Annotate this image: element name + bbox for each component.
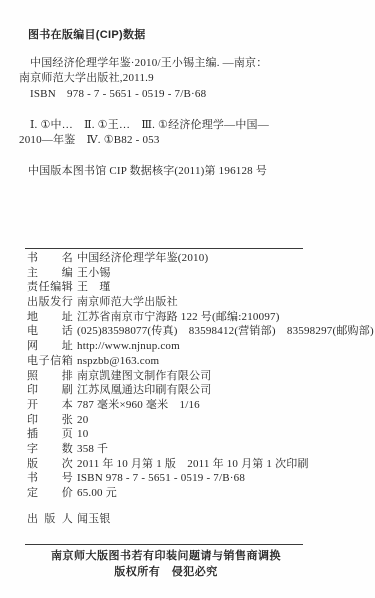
colophon-value: 南京师范大学出版社 (77, 296, 178, 308)
colophon-label: 书号 (27, 471, 73, 486)
colophon-label: 书名 (27, 251, 73, 266)
colophon-value: 江苏省南京市宁海路 122 号(邮编:210097) (77, 311, 280, 323)
colophon-row-edition: 版次2011 年 10 月第 1 版 2011 年 10 月第 1 次印刷 (27, 457, 374, 472)
colophon-value: 2011 年 10 月第 1 版 2011 年 10 月第 1 次印刷 (77, 458, 309, 470)
colophon-label: 出版发行 (27, 295, 73, 310)
colophon-label: 印张 (27, 413, 73, 428)
colophon-label: 插页 (27, 427, 73, 442)
colophon-row-typesetting: 照排南京凯建图文制作有限公司 (27, 369, 374, 384)
colophon-label: 电话 (27, 324, 73, 339)
colophon-row-sheets: 印张20 (27, 413, 374, 428)
colophon-row-inserts: 插页10 (27, 427, 374, 442)
colophon-label: 网址 (27, 339, 73, 354)
copyright-notice: 版权所有 侵犯必究 (0, 563, 332, 579)
divider-bottom (25, 544, 303, 545)
colophon-value: 65.00 元 (77, 487, 117, 499)
colophon-value: 10 (77, 428, 88, 440)
colophon-value: 南京凯建图文制作有限公司 (77, 370, 211, 382)
colophon-label: 版次 (27, 457, 73, 472)
colophon-value: 王 瑾 (77, 281, 111, 293)
colophon-value: 中国经济伦理学年鉴(2010) (77, 252, 208, 264)
colophon-value: ISBN 978 - 7 - 5651 - 0519 - 7/B·68 (77, 472, 245, 484)
colophon-row-isbn: 书号ISBN 978 - 7 - 5651 - 0519 - 7/B·68 (27, 471, 374, 486)
publisher-person-label: 出版人 (27, 510, 73, 526)
colophon-value: http://www.njnup.com (77, 340, 180, 352)
colophon-row-responsible-editor: 责任编辑王 瑾 (27, 280, 374, 295)
colophon-label: 主编 (27, 266, 73, 281)
colophon-label: 开本 (27, 398, 73, 413)
colophon-row-title: 书名中国经济伦理学年鉴(2010) (27, 251, 374, 266)
colophon-value: (025)83598077(传真) 83598412(营销部) 83598297… (77, 325, 374, 337)
colophon-label: 定价 (27, 486, 73, 501)
colophon-row-website: 网址http://www.njnup.com (27, 339, 374, 354)
colophon-value: 20 (77, 414, 88, 426)
cip-record-number: 中国版本图书馆 CIP 数据核字(2011)第 196128 号 (28, 162, 267, 178)
colophon-row-price: 定价65.00 元 (27, 486, 374, 501)
colophon-row-email: 电子信箱nspzbb@163.com (27, 354, 374, 369)
publisher-person-row: 出版人闻玉银 (27, 510, 111, 526)
colophon-table: 书名中国经济伦理学年鉴(2010) 主编王小锡 责任编辑王 瑾 出版发行南京师范… (27, 251, 374, 501)
colophon-value: 787 毫米×960 毫米 1/16 (77, 399, 200, 411)
colophon-row-telephone: 电话(025)83598077(传真) 83598412(营销部) 835982… (27, 324, 374, 339)
colophon-row-chief-editor: 主编王小锡 (27, 266, 374, 281)
colophon-value: 江苏凤凰通达印刷有限公司 (77, 384, 211, 396)
colophon-value: nspzbb@163.com (77, 355, 159, 367)
divider-top (25, 248, 303, 249)
colophon-label: 印刷 (27, 383, 73, 398)
colophon-label: 电子信箱 (27, 354, 73, 369)
colophon-row-wordcount: 字数358 千 (27, 442, 374, 457)
colophon-label: 地址 (27, 310, 73, 325)
cip-entry-line2: 南京师范大学出版社,2011.9 (19, 69, 154, 85)
colophon-value: 王小锡 (77, 267, 111, 279)
colophon-label: 照排 (27, 369, 73, 384)
colophon-label: 字数 (27, 442, 73, 457)
colophon-label: 责任编辑 (27, 280, 73, 295)
colophon-value: 358 千 (77, 443, 108, 455)
publisher-person-value: 闻玉银 (77, 513, 111, 525)
cip-entry-line1: 中国经济伦理学年鉴·2010/王小锡主编. —南京： (30, 54, 267, 70)
cip-header: 图书在版编目(CIP)数据 (28, 26, 146, 42)
colophon-row-address: 地址江苏省南京市宁海路 122 号(邮编:210097) (27, 310, 374, 325)
cip-classification-line1: Ⅰ. ①中… Ⅱ. ①王… Ⅲ. ①经济伦理学—中国— (30, 116, 269, 132)
cip-isbn: ISBN 978 - 7 - 5651 - 0519 - 7/B·68 (30, 85, 206, 101)
colophon-row-format: 开本787 毫米×960 毫米 1/16 (27, 398, 374, 413)
cip-classification-line2: 2010—年鉴 Ⅳ. ①B82 - 053 (19, 131, 160, 147)
colophon-row-printing: 印刷江苏凤凰通达印刷有限公司 (27, 383, 374, 398)
exchange-notice: 南京师大版图书若有印装问题请与销售商调换 (0, 547, 332, 563)
copyright-page: 图书在版编目(CIP)数据 中国经济伦理学年鉴·2010/王小锡主编. —南京：… (0, 0, 375, 598)
colophon-row-publisher: 出版发行南京师范大学出版社 (27, 295, 374, 310)
